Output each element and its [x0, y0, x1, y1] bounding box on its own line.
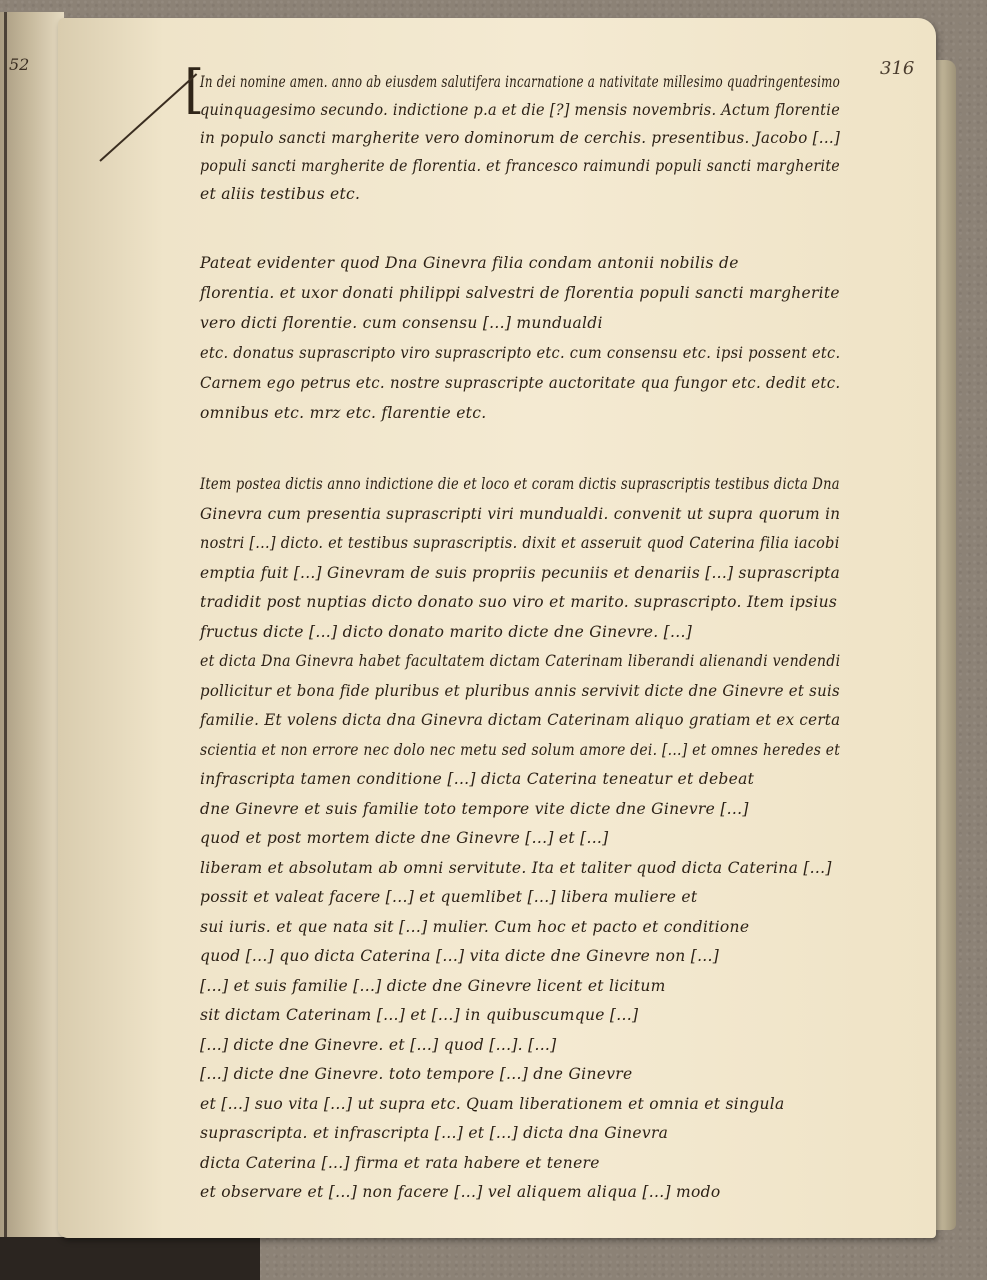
text-line: quod [...] quo dicta Caterina [...] vita…	[200, 942, 840, 972]
text-line: liberam et absolutam ab omni servitute. …	[200, 854, 840, 884]
text-line: [...] dicte dne Ginevre. et [...] quod […	[200, 1031, 840, 1061]
text-line: Pateat evidenter quod Dna Ginevra filia …	[200, 248, 840, 278]
text-line: florentia. et uxor donati philippi salve…	[200, 278, 837, 308]
text-line: sui iuris. et que nata sit [...] mulier.…	[200, 913, 840, 943]
text-line: tradidit post nuptias dicto donato suo v…	[200, 588, 840, 618]
binding-edge	[4, 12, 7, 1237]
text-line: scientia et non errore nec dolo nec metu…	[200, 736, 773, 766]
text-line: omnibus etc. mrz etc. flarentie etc.	[200, 398, 840, 428]
text-line: vero dicti florentie. cum consensu [...]…	[200, 308, 840, 338]
text-line: nostri [...] dicto. et testibus suprascr…	[200, 529, 797, 559]
text-line: In dei nomine amen. anno ab eiusdem salu…	[200, 68, 690, 96]
text-line: suprascripta. et infrascripta [...] et […	[200, 1119, 840, 1149]
text-line: fructus dicte [...] dicto donato marito …	[200, 618, 840, 648]
left-folio-number: 52	[9, 55, 29, 74]
text-line: et observare et [...] non facere [...] v…	[200, 1178, 840, 1208]
text-line: in populo sancti margherite vero dominor…	[200, 124, 821, 152]
text-line: familie. Et volens dicta dna Ginevra dic…	[200, 706, 821, 736]
text-line: pollicitur et bona fide pluribus et plur…	[200, 677, 814, 707]
entry-1: In dei nomine amen. anno ab eiusdem salu…	[200, 68, 840, 208]
entry-2: Pateat evidenter quod Dna Ginevra filia …	[200, 248, 840, 428]
text-line: Carnem ego petrus etc. nostre suprascrip…	[200, 368, 817, 398]
text-line: sit dictam Caterinam [...] et [...] in q…	[200, 1001, 840, 1031]
text-line: emptia fuit [...] Ginevram de suis propr…	[200, 559, 834, 589]
text-line: quinquagesimo secundo. indictione p.a et…	[200, 96, 798, 124]
text-line: [...] dicte dne Ginevre. toto tempore [.…	[200, 1060, 840, 1090]
text-line: et dicta Dna Ginevra habet facultatem di…	[200, 647, 784, 677]
folio-number: 316	[880, 58, 914, 79]
text-line: etc. donatus suprascripto viro suprascri…	[200, 338, 802, 368]
text-line: [...] et suis familie [...] dicte dne Gi…	[200, 972, 840, 1002]
text-line: possit et valeat facere [...] et quemlib…	[200, 883, 840, 913]
text-line: populi sancti margherite de florentia. e…	[200, 152, 788, 180]
text-line: quod et post mortem dicte dne Ginevre [.…	[200, 824, 840, 854]
text-line: et [...] suo vita [...] ut supra etc. Qu…	[200, 1090, 840, 1120]
left-facing-page	[0, 12, 64, 1237]
text-line: Ginevra cum presentia suprascripti viri …	[200, 500, 825, 530]
text-line: et aliis testibus etc.	[200, 180, 840, 208]
text-line: infrascripta tamen conditione [...] dict…	[200, 765, 840, 795]
text-line: dne Ginevre et suis familie toto tempore…	[200, 795, 840, 825]
entry-3: Item postea dictis anno indictione die e…	[200, 470, 840, 1208]
text-line: Item postea dictis anno indictione die e…	[200, 470, 739, 500]
text-line: dicta Caterina [...] firma et rata haber…	[200, 1149, 840, 1179]
